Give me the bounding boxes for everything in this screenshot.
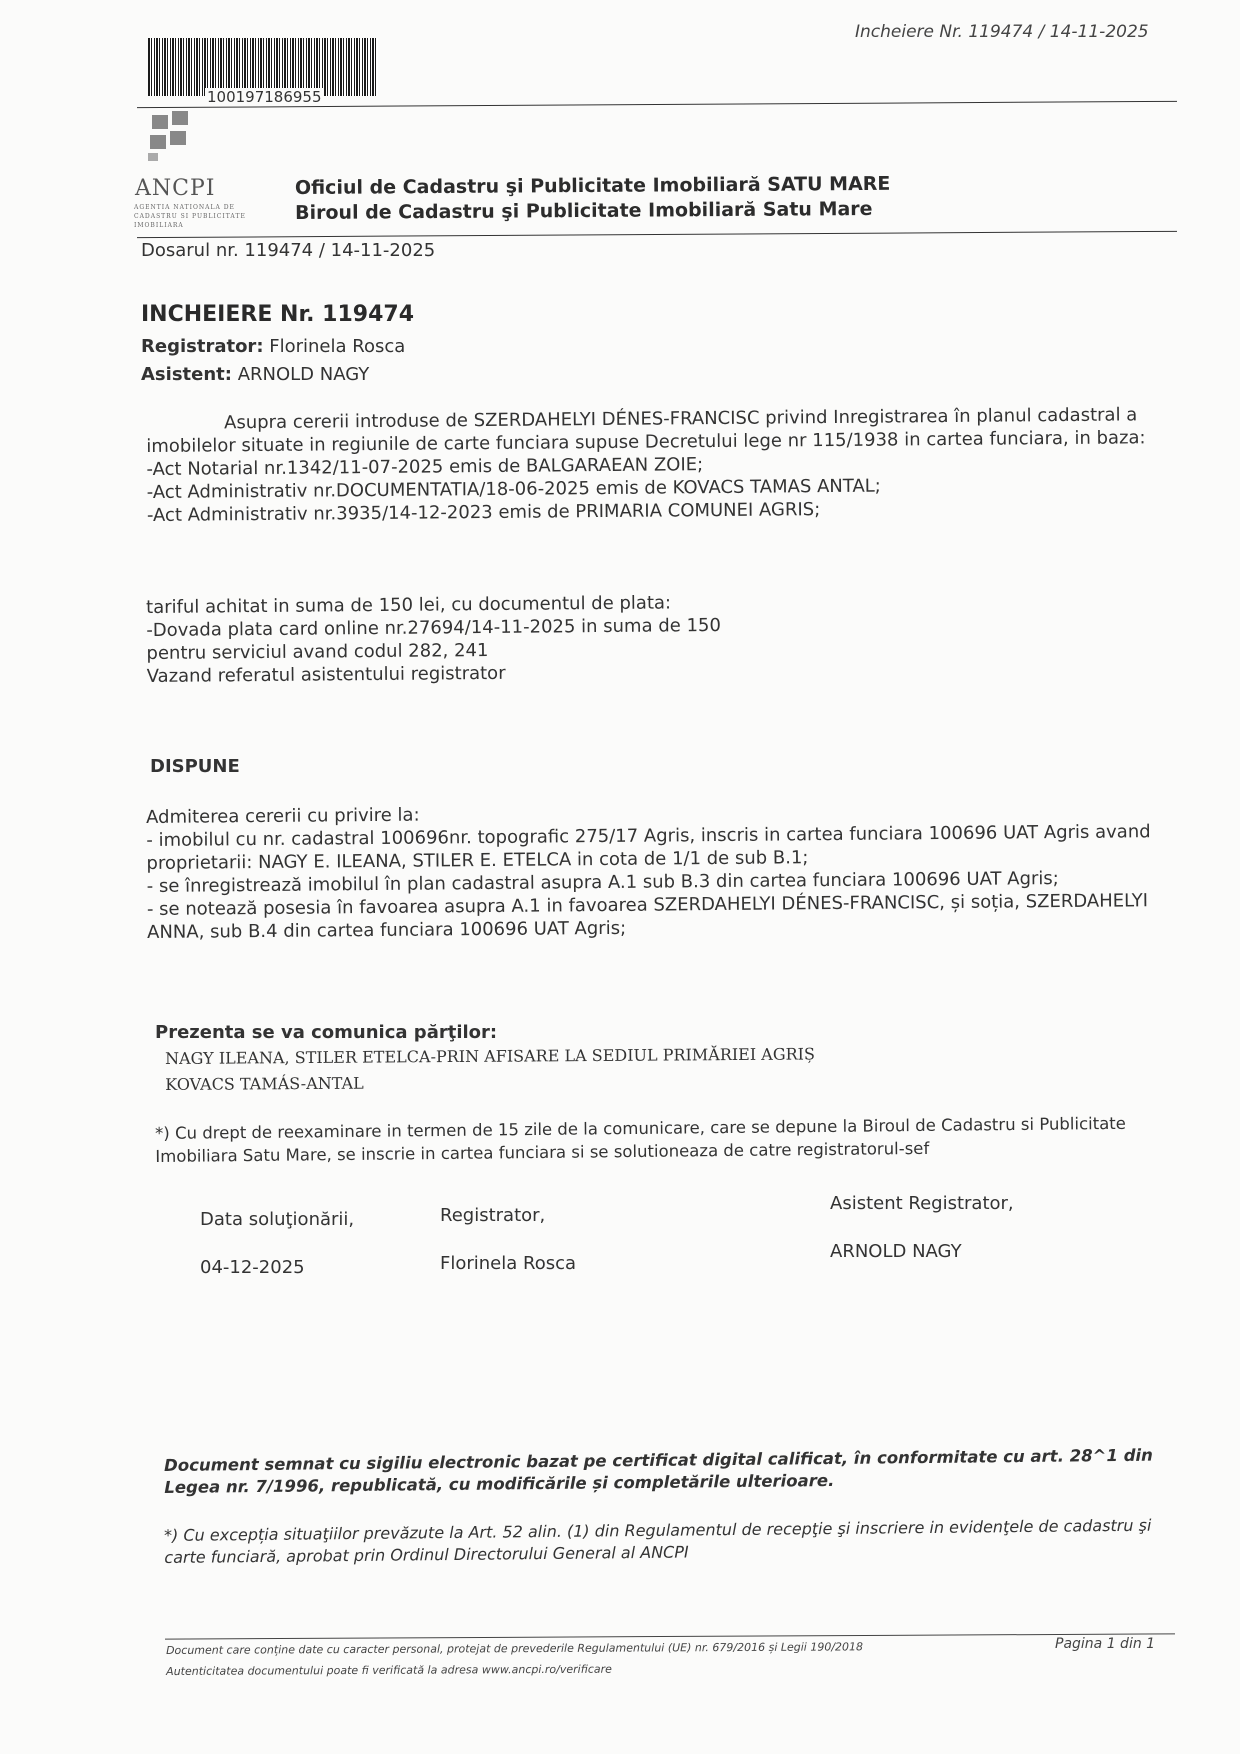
barcode-number: 100197186955 [205,88,324,106]
dispune-line: - se notează posesia în favoarea asupra … [147,889,1187,944]
header-reference: Incheiere Nr. 119474 / 14-11-2025 [855,22,1149,42]
date-column: Data soluţionării, 04-12-2025 [200,1196,354,1292]
dispune-heading: DISPUNE [150,756,240,777]
footer-notes: Document care conține date cu caracter p… [166,1636,863,1682]
asistent-sig-name: ARNOLD NAGY [830,1228,1014,1276]
asistent-column: Asistent Registrator, ARNOLD NAGY [830,1180,1014,1276]
party-item: NAGY ILEANA, STILER ETELCA-PRIN AFISARE … [165,1041,815,1072]
office-name: Oficiul de Cadastru şi Publicitate Imobi… [295,172,891,226]
date-label: Data soluţionării, [200,1196,354,1244]
registrator-sig-label: Registrator, [440,1192,576,1240]
electronic-seal-statement: Document semnat cu sigiliu electronic ba… [164,1444,1174,1499]
office-rule [137,231,1177,238]
communicate-parties: NAGY ILEANA, STILER ETELCA-PRIN AFISARE … [165,1041,815,1098]
asistent-name: ARNOLD NAGY [238,364,370,385]
registrator-line: Registrator: Florinela Rosca [141,336,405,357]
intro-text: Asupra cererii introduse de SZERDAHELYI … [146,403,1196,458]
registrator-name: Florinela Rosca [269,336,405,357]
asistent-line: Asistent: ARNOLD NAGY [141,364,369,385]
document-title: INCHEIERE Nr. 119474 [141,302,414,327]
reexamination-note: *) Cu drept de reexaminare in termen de … [155,1112,1155,1168]
payment-paragraph: tariful achitat in suma de 150 lei, cu d… [146,587,1197,688]
verification-link: Autenticitatea documentului poate fi ver… [166,1657,863,1682]
registrator-sig-name: Florinela Rosca [440,1240,576,1288]
date-value: 04-12-2025 [200,1244,354,1292]
registrator-column: Registrator, Florinela Rosca [440,1192,576,1288]
party-item: KOVACS TAMÁS-ANTAL [165,1067,815,1098]
dispune-paragraph: Admiterea cererii cu privire la: - imobi… [146,797,1187,944]
personal-data-notice: Document care conține date cu caracter p… [166,1636,863,1661]
registrator-label: Registrator: [141,336,264,357]
dosar-number: Dosarul nr. 119474 / 14-11-2025 [141,240,435,261]
exception-note: *) Cu excepția situaţiilor prevăzute la … [164,1514,1174,1569]
logo-name: ANCPI [135,176,215,201]
asistent-sig-label: Asistent Registrator, [830,1180,1014,1228]
asistent-label: Asistent: [141,364,232,385]
communicate-heading: Prezenta se va comunica părţilor: [155,1022,497,1043]
office-line-2: Biroul de Cadastru şi Publicitate Imobil… [295,197,891,226]
page-number: Pagina 1 din 1 [1055,1636,1155,1652]
logo-subtitle: AGENTIA NATIONALA DE CADASTRU SI PUBLICI… [134,203,264,230]
request-paragraph: Asupra cererii introduse de SZERDAHELYI … [146,403,1197,527]
